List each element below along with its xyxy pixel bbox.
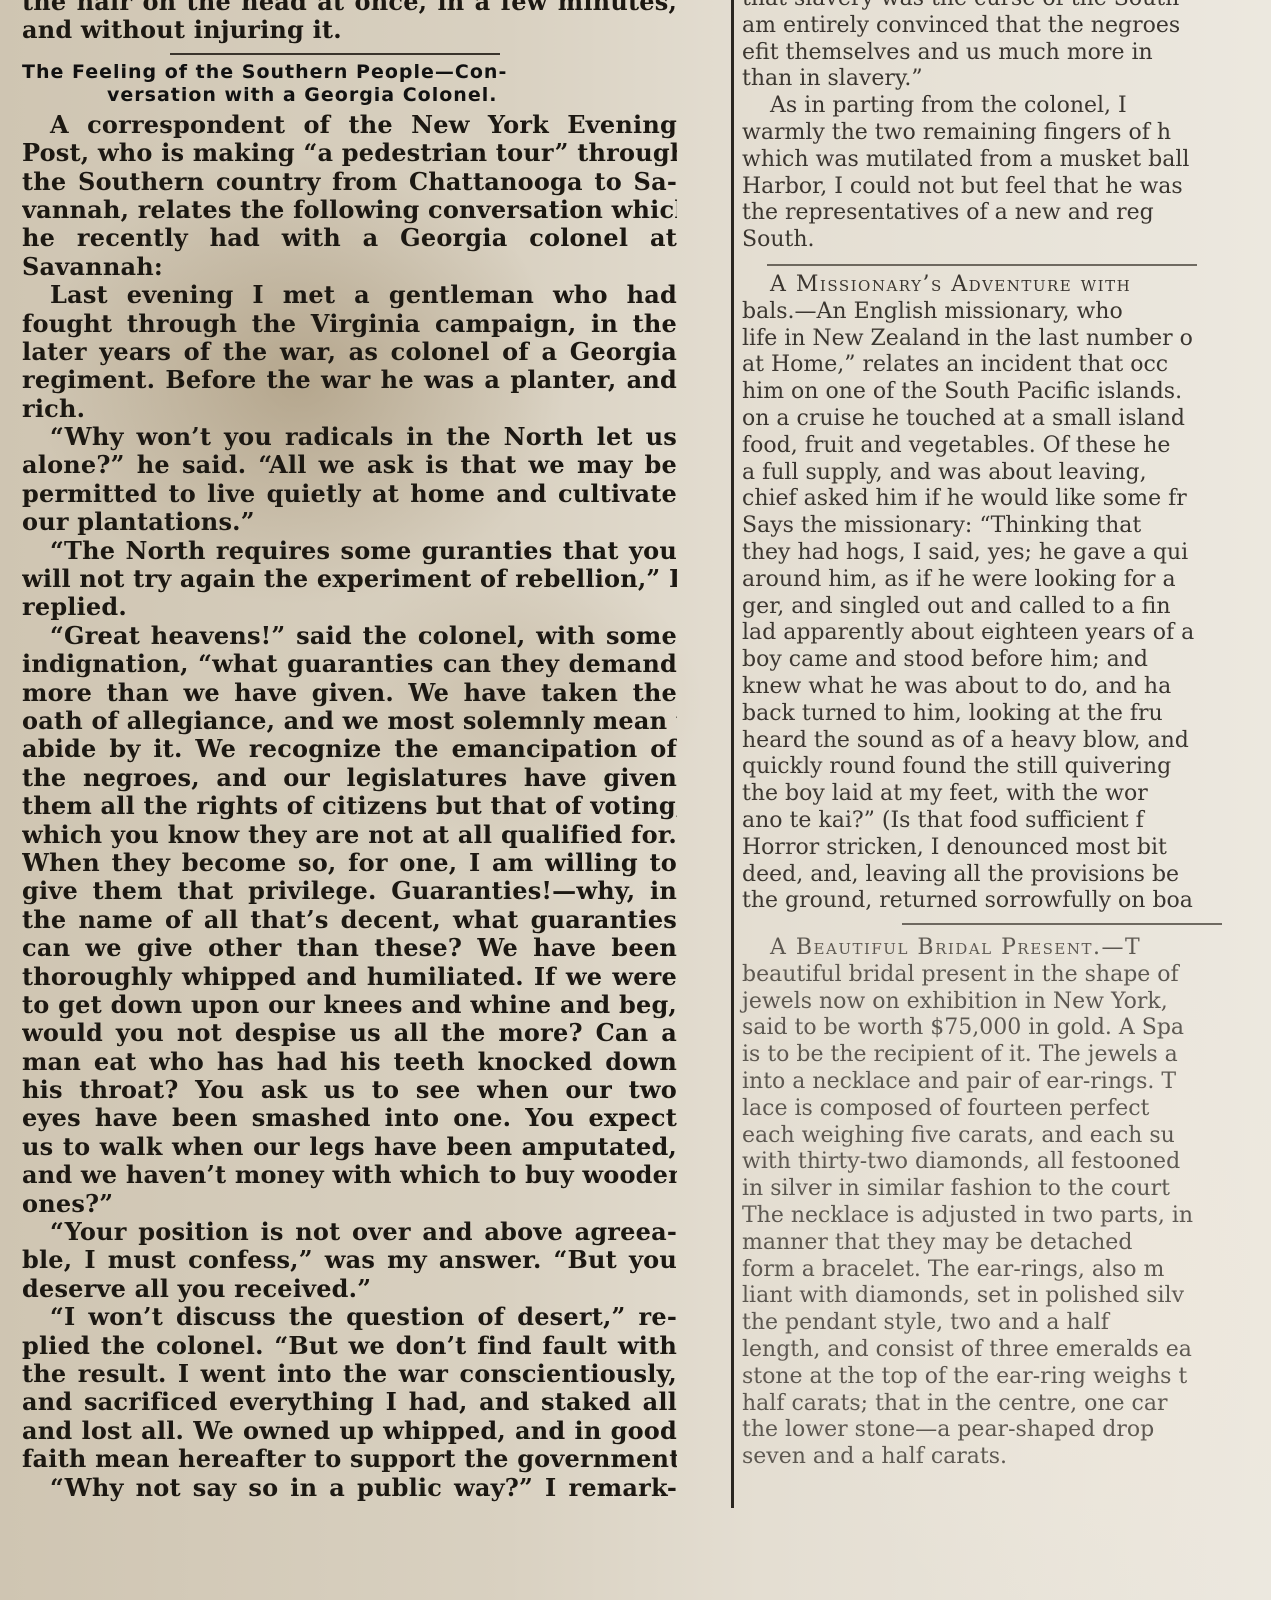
text-line: efit themselves and us much more in [742,40,1271,67]
text-line: more than we have given. We have taken t… [22,679,677,707]
text-line: When they become so, for one, I am willi… [22,849,677,877]
text-line: and sacrificed everything I had, and sta… [22,1388,677,1416]
text-line: jewels now on exhibition in New York, [742,989,1271,1016]
text-line: the Southern country from Chattanooga to… [22,168,677,196]
text-line: half carats; that in the centre, one car [742,1391,1271,1418]
text-line: and lost all. We owned up whipped, and i… [22,1417,677,1445]
text-line: that slavery was the curse of the South [742,0,1271,13]
text-line: beautiful bridal present in the shape of [742,962,1271,989]
text-line: liant with diamonds, set in polished sil… [742,1283,1271,1310]
text-line: “Why won’t you radicals in the North let… [22,423,677,451]
text-line: chief asked him if he would like some fr [742,486,1271,513]
text-line: a full supply, and was about leaving, [742,460,1271,487]
text-line: Says the missionary: “Thinking that [742,513,1271,540]
text-line: vannah, relates the following conversati… [22,196,677,224]
continued-article: that slavery was the curse of the South … [742,0,1271,254]
text-line: manner that they may be detached [742,1230,1271,1257]
text-line: seven and a half carats. [742,1444,1271,1471]
text-line: heard the sound as of a heavy blow, and [742,728,1271,755]
article-body: A correspondent of the New York Evening … [22,111,677,1502]
text-line: lace is composed of fourteen perfect [742,1096,1271,1123]
text-line: the hair on the head at once, in a few m… [22,0,677,16]
text-line: at Home,” relates an incident that occ [742,352,1271,379]
text-line: man eat who has had his teeth knocked do… [22,1048,677,1076]
text-line: ones?” [22,1190,677,1218]
article-headline: A Beautiful Bridal Present.—T [742,935,1271,962]
text-line: quickly round found the still quivering [742,754,1271,781]
bridal-article: A Beautiful Bridal Present.—T beautiful … [742,935,1271,1471]
text-line: them all the rights of citizens but that… [22,792,677,820]
missionary-article: A Missionary’s Adventure with bals.—An E… [742,272,1271,915]
text-line: Post, who is making “a pedestrian tour” … [22,139,677,167]
text-line: indignation, “what guaranties can they d… [22,650,677,678]
text-line: Horror stricken, I denounced most bit [742,835,1271,862]
text-line: the pendant style, two and a half [742,1310,1271,1337]
text-line: on a cruise he touched at a small island [742,406,1271,433]
text-line: oath of allegiance, and we most solemnly… [22,707,677,735]
text-line: fought through the Virginia campaign, in… [22,310,677,338]
text-line: bals.—An English missionary, who [742,299,1271,326]
text-line: is to be the recipient of it. The jewels… [742,1042,1271,1069]
text-line: warmly the two remaining fingers of h [742,120,1271,147]
text-line: life in New Zealand in the last number o [742,326,1271,353]
text-line: the negroes, and our legislatures have g… [22,764,677,792]
text-line: he recently had with a Georgia colonel a… [22,224,677,252]
text-line: alone?” he said. “All we ask is that we … [22,451,677,479]
text-line: “I won’t discuss the question of desert,… [22,1303,677,1331]
text-line: him on one of the South Pacific islands. [742,379,1271,406]
left-column: the hair on the head at once, in a few m… [22,0,677,1502]
text-line: ble, I must confess,” was my answer. “Bu… [22,1246,677,1274]
text-line: Harbor, I could not but feel that he was [742,174,1271,201]
text-line: Savannah: [22,253,677,281]
text-line: boy came and stood before him; and [742,647,1271,674]
text-line: “The North requires some guranties that … [22,537,677,565]
text-line: and without injuring it. [22,16,677,44]
text-line: will not try again the experiment of reb… [22,565,677,593]
text-line: back turned to him, looking at the fru [742,701,1271,728]
text-line: each weighing five carats, and each su [742,1123,1271,1150]
text-line: ano te kai?” (Is that food sufficient f [742,808,1271,835]
text-line: lad apparently about eighteen years of a [742,620,1271,647]
text-line: eyes have been smashed into one. You exp… [22,1104,677,1132]
text-line: food, fruit and vegetables. Of these he [742,433,1271,460]
text-line: knew what he was about to do, and ha [742,674,1271,701]
text-line: than in slavery.” [742,66,1271,93]
text-line: am entirely convinced that the negroes [742,13,1271,40]
text-line: abide by it. We recognize the emancipati… [22,735,677,763]
text-line: which you know they are not at all quali… [22,821,677,849]
right-column: that slavery was the curse of the South … [742,0,1271,1471]
text-line: the representatives of a new and reg [742,200,1271,227]
text-line: us to walk when our legs have been amput… [22,1133,677,1161]
text-line: can we give other than these? We have be… [22,934,677,962]
article-divider [767,264,1197,266]
text-line: thoroughly whipped and humiliated. If we… [22,963,677,991]
text-line: give them that privilege. Guaranties!—wh… [22,877,677,905]
text-line: into a necklace and pair of ear-rings. T [742,1069,1271,1096]
text-line: The necklace is adjusted in two parts, i… [742,1203,1271,1230]
text-line: the boy laid at my feet, with the wor [742,781,1271,808]
text-line: the result. I went into the war conscien… [22,1360,677,1388]
article-headline: versation with a Georgia Colonel. [22,84,677,107]
text-line: to get down upon our knees and whine and… [22,991,677,1019]
text-line: “Why not say so in a public way?” I rema… [22,1474,677,1502]
text-line: form a bracelet. The ear-rings, also m [742,1257,1271,1284]
article-headline: The Feeling of the Southern People—Con- [22,61,677,84]
article-headline: A Missionary’s Adventure with [742,272,1271,299]
column-rule [731,0,734,1508]
text-line: would you not despise us all the more? C… [22,1019,677,1047]
text-line: in silver in similar fashion to the cour… [742,1176,1271,1203]
text-line: As in parting from the colonel, I [742,93,1271,120]
text-line: and we haven’t money with which to buy w… [22,1161,677,1189]
text-line: rich. [22,395,677,423]
text-line: deed, and, leaving all the provisions be [742,862,1271,889]
text-line: the lower stone—a pear-shaped drop [742,1417,1271,1444]
article-divider [902,923,1222,925]
text-line: Last evening I met a gentleman who had [22,281,677,309]
text-line: ger, and singled out and called to a fin [742,594,1271,621]
text-line: “Your position is not over and above agr… [22,1218,677,1246]
text-line: “Great heavens!” said the colonel, with … [22,622,677,650]
article-divider [170,53,500,55]
text-line: South. [742,227,1271,254]
text-line: later years of the war, as colonel of a … [22,338,677,366]
text-line: around him, as if he were looking for a [742,567,1271,594]
text-line: faith mean hereafter to support the gove… [22,1445,677,1473]
text-line: stone at the top of the ear-ring weighs … [742,1364,1271,1391]
text-line: length, and consist of three emeralds ea [742,1337,1271,1364]
text-line: said to be worth $75,000 in gold. A Spa [742,1015,1271,1042]
text-line: permitted to live quietly at home and cu… [22,480,677,508]
text-line: A correspondent of the New York Evening [22,111,677,139]
text-line: plied the colonel. “But we don’t find fa… [22,1332,677,1360]
text-line: deserve all you received.” [22,1275,677,1303]
text-line: which was mutilated from a musket ball [742,147,1271,174]
text-line: regiment. Before the war he was a plante… [22,366,677,394]
text-line: the name of all that’s decent, what guar… [22,906,677,934]
text-line: his throat? You ask us to see when our t… [22,1076,677,1104]
text-line: the ground, returned sorrowfully on boa [742,888,1271,915]
text-line: replied. [22,593,677,621]
text-line: with thirty-two diamonds, all festooned [742,1149,1271,1176]
text-line: they had hogs, I said, yes; he gave a qu… [742,540,1271,567]
text-line: our plantations.” [22,508,677,536]
